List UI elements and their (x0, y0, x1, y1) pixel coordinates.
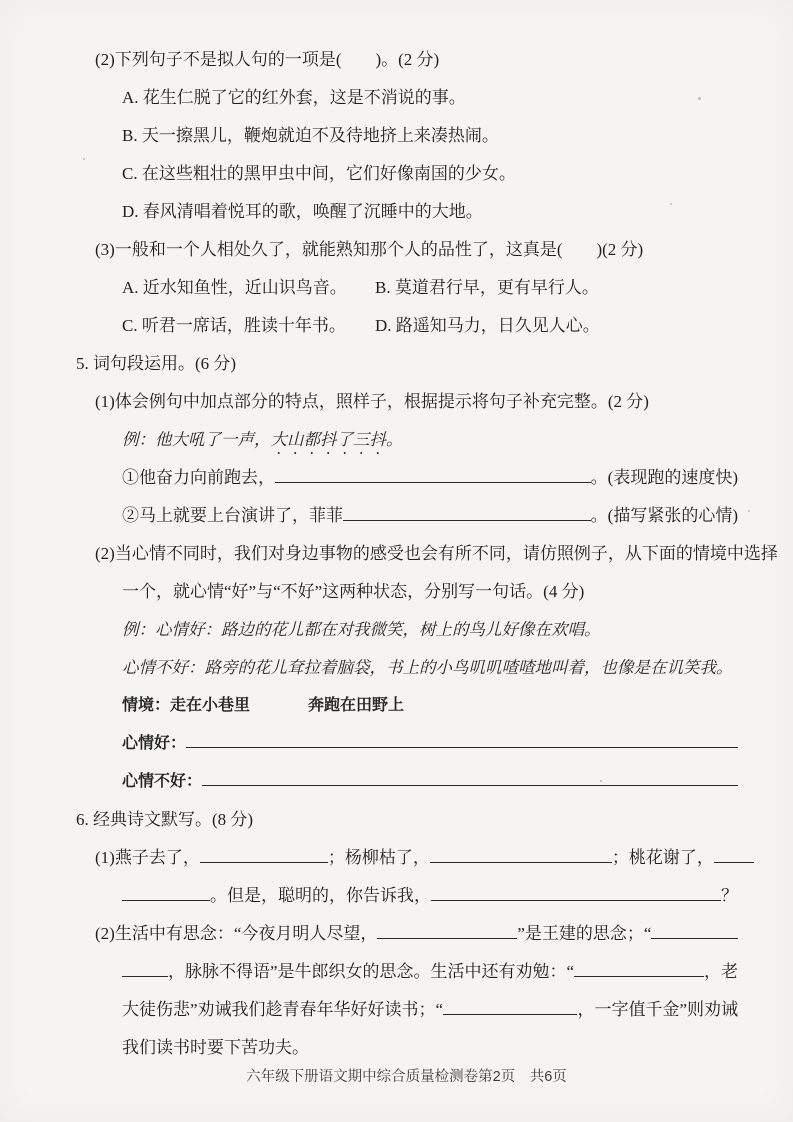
q5-title-text: 5. 词句段运用。(6 分) (76, 345, 236, 383)
blank1-post: 。(表现跑的速度快) (591, 459, 738, 497)
exam-page: (2)下列句子不是拟人句的一项是( )。(2 分) A. 花生仁脱了它的红外套，… (0, 0, 793, 1122)
q6-s2-seg-d: ，老 (704, 953, 738, 991)
q6-s1-seg-d: 。但是，聪明的，你告诉我， (210, 877, 431, 915)
q5-sub2-answer-good: 心情好： (0, 725, 793, 763)
q5-sub1-prompt-text: (1)体会例句中加点部分的特点，照样子，根据提示将句子补充完整。(2 分) (95, 383, 649, 421)
blank-line (200, 848, 328, 863)
option-text-a: A. 近水知鱼性，近山识鸟音。 (122, 269, 375, 307)
q6-s2-seg-a: (2)生活中有思念：“今夜月明人尽望， (95, 915, 377, 953)
q4-sub3-prompt-text: (3)一般和一个人相处久了，就能熟知那个人的品性了，这真是( )(2 分) (95, 231, 643, 269)
exam-content: (2)下列句子不是拟人句的一项是( )。(2 分) A. 花生仁脱了它的红外套，… (0, 41, 793, 1067)
blank2-post: 。(描写紧张的心情) (591, 497, 738, 535)
q6-sub1-line2: 。但是，聪明的，你告诉我， ？ (0, 877, 793, 915)
option-text: D. 春风清唱着悦耳的歌，唤醒了沉睡中的大地。 (122, 193, 483, 231)
blank2-pre: ②马上就要上台演讲了，菲菲 (122, 497, 343, 535)
scenario-label: 情境：走在小巷里 (122, 687, 250, 725)
blank-line (122, 886, 210, 901)
q5-sub1-prompt: (1)体会例句中加点部分的特点，照样子，根据提示将句子补充完整。(2 分) (0, 383, 793, 421)
blank-line (574, 962, 704, 977)
scan-speck (670, 203, 672, 205)
q5-sub2-prompt-text1: (2)当心情不同时，我们对身边事物的感受也会有所不同，请仿照例子，从下面的情境中… (95, 535, 778, 573)
q6-sub2-line3: 大徒伤悲”劝诫我们趁青春年华好好读书；“ ，一字值千金”则劝诫 (0, 991, 793, 1029)
option-text: C. 在这些粗壮的黑甲虫中间，它们好像南国的少女。 (122, 155, 516, 193)
blank-line (714, 848, 754, 863)
q4-sub3-options-row2: C. 听君一席话，胜读十年书。 D. 路遥知马力，日久见人心。 (0, 307, 793, 345)
q5-sub2-answer-bad: 心情不好： (0, 763, 793, 801)
q5-sub1-blank2-line: ②马上就要上台演讲了，菲菲 。(描写紧张的心情) (0, 497, 793, 535)
q6-s1-seg-a: (1)燕子去了， (95, 839, 200, 877)
q5-sub2-prompt-line1: (2)当心情不同时，我们对身边事物的感受也会有所不同，请仿照例子，从下面的情境中… (0, 535, 793, 573)
scenario-2: 奔跑在田野上 (308, 687, 404, 725)
q5-sub2-scenarios: 情境：走在小巷里 奔跑在田野上 (0, 687, 793, 725)
q4-sub2-option-d: D. 春风清唱着悦耳的歌，唤醒了沉睡中的大地。 (0, 193, 793, 231)
q5-sub2-prompt-line2: 一个，就心情“好”与“不好”这两种状态，分别写一句话。(4 分) (0, 573, 793, 611)
example-good-text: 例：心情好：路边的花儿都在对我微笑，树上的鸟儿好像在欢唱。 (122, 611, 601, 649)
q4-sub2-option-b: B. 天一擦黑儿，鞭炮就迫不及待地挤上来凑热闹。 (0, 117, 793, 155)
q4-sub2-prompt-text: (2)下列句子不是拟人句的一项是( )。(2 分) (95, 41, 439, 79)
blank-line (431, 886, 721, 901)
q4-sub3-options-row1: A. 近水知鱼性，近山识鸟音。 B. 莫道君行早，更有早行人。 (0, 269, 793, 307)
q6-s2-seg-b: ”是王建的思念；“ (517, 915, 651, 953)
option-text: A. 花生仁脱了它的红外套，这是不消说的事。 (122, 79, 466, 117)
blank-line (343, 506, 591, 521)
q6-sub2-line1: (2)生活中有思念：“今夜月明人尽望， ”是王建的思念；“ (0, 915, 793, 953)
q5-sub2-prompt-text2: 一个，就心情“好”与“不好”这两种状态，分别写一句话。(4 分) (122, 573, 584, 611)
blank-line (377, 924, 517, 939)
blank1-pre: ①他奋力向前跑去， (122, 459, 275, 497)
answer-bad-label: 心情不好： (122, 763, 202, 801)
q4-sub2-option-c: C. 在这些粗壮的黑甲虫中间，它们好像南国的少女。 (0, 155, 793, 193)
example-post: 。 (386, 421, 403, 459)
page-footer: 六年级下册语文期中综合质量检测卷第2页 共6页 (75, 1062, 738, 1092)
q6-sub1-line1: (1)燕子去了， ；杨柳枯了， ；桃花谢了， (0, 839, 793, 877)
q6-s2-seg-e: 大徒伤悲”劝诫我们趁青春年华好好读书；“ (122, 991, 443, 1029)
q6-sub2-line2: ，脉脉不得语”是牛郎织女的思念。生活中还有劝勉：“ ，老 (0, 953, 793, 991)
q5-sub2-example-good: 例：心情好：路边的花儿都在对我微笑，树上的鸟儿好像在欢唱。 (0, 611, 793, 649)
option-text-b: B. 莫道君行早，更有早行人。 (375, 269, 599, 307)
q4-sub2-option-a: A. 花生仁脱了它的红外套，这是不消说的事。 (0, 79, 793, 117)
option-text-d: D. 路遥知马力，日久见人心。 (375, 307, 600, 345)
q5-sub1-example: 例：他大吼了一声， 大山都抖了三抖 。 (0, 421, 793, 459)
example-bad-text: 心情不好：路旁的花儿耷拉着脑袋，书上的小鸟叽叽喳喳地叫着，也像是在讥笑我。 (122, 649, 733, 687)
example-emphasized: 大山都抖了三抖 (271, 421, 387, 459)
example-pre: 例：他大吼了一声， (122, 421, 271, 459)
scan-speck (83, 158, 85, 160)
blank-line (275, 468, 591, 483)
scan-speck (600, 780, 602, 782)
q6-s1-seg-c: ；桃花谢了， (612, 839, 714, 877)
q5-sub2-example-bad: 心情不好：路旁的花儿耷拉着脑袋，书上的小鸟叽叽喳喳地叫着，也像是在讥笑我。 (0, 649, 793, 687)
option-text: B. 天一擦黑儿，鞭炮就迫不及待地挤上来凑热闹。 (122, 117, 499, 155)
q6-title-text: 6. 经典诗文默写。(8 分) (76, 801, 253, 839)
blank-line (202, 771, 738, 786)
q6-title: 6. 经典诗文默写。(8 分) (0, 801, 793, 839)
option-text-c: C. 听君一席话，胜读十年书。 (122, 307, 375, 345)
q5-title: 5. 词句段运用。(6 分) (0, 345, 793, 383)
q6-s2-seg-f: ，一字值千金”则劝诫 (577, 991, 738, 1029)
q6-s1-seg-b: ；杨柳枯了， (328, 839, 430, 877)
blank-line (443, 1000, 577, 1015)
q5-sub1-blank1-line: ①他奋力向前跑去， 。(表现跑的速度快) (0, 459, 793, 497)
blank-line (122, 962, 168, 977)
blank-line (651, 924, 738, 939)
scan-speck (698, 97, 701, 100)
blank-line (430, 848, 612, 863)
answer-good-label: 心情好： (122, 725, 186, 763)
q4-sub3-prompt: (3)一般和一个人相处久了，就能熟知那个人的品性了，这真是( )(2 分) (0, 231, 793, 269)
q6-s2-seg-c: ，脉脉不得语”是牛郎织女的思念。生活中还有劝勉：“ (168, 953, 574, 991)
blank-line (186, 733, 738, 748)
page-footer-text: 六年级下册语文期中综合质量检测卷第2页 共6页 (246, 1069, 567, 1085)
scan-speck (748, 510, 750, 512)
q4-sub2-prompt: (2)下列句子不是拟人句的一项是( )。(2 分) (0, 41, 793, 79)
q6-s1-seg-e: ？ (721, 877, 738, 915)
